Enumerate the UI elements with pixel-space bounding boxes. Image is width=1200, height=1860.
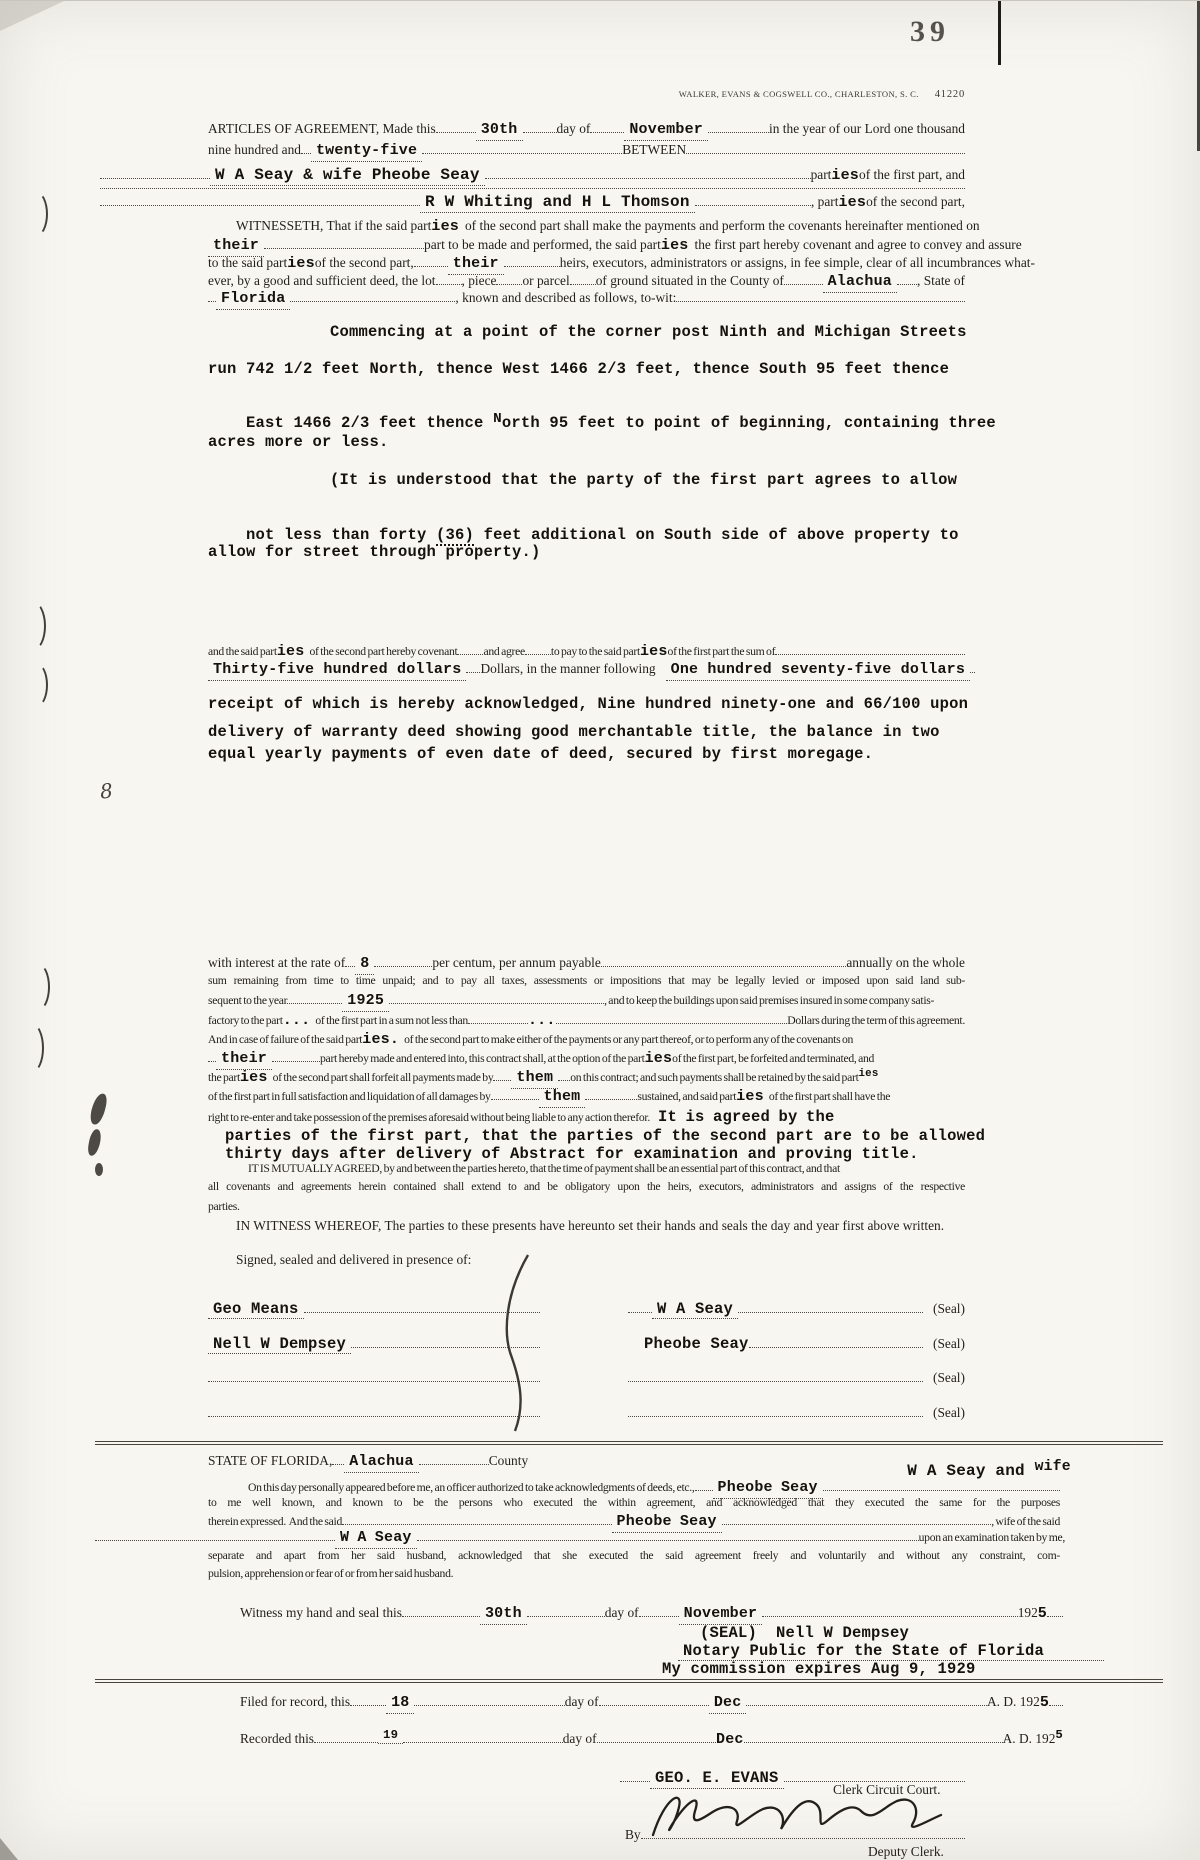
party-signature-1: W A Seay xyxy=(652,1300,738,1319)
recorded-day-fill: 19 xyxy=(378,1728,403,1744)
dotted-leader xyxy=(290,301,455,302)
dotted-leader xyxy=(374,966,432,967)
witness-signature-cell xyxy=(208,1416,540,1417)
dotted-leader xyxy=(342,1524,611,1525)
witness-signature-1: Geo Means xyxy=(208,1300,304,1319)
form-text: IN WITNESS WHEREOF, The parties to these… xyxy=(208,1218,944,1235)
form-text: factory to the part xyxy=(208,1014,283,1029)
recorded-month-fill: Dec xyxy=(716,1731,744,1750)
tax-year-fill: 1925 xyxy=(342,992,389,1012)
form-text: pulsion, apprehension or fear of or from… xyxy=(208,1567,453,1582)
dotted-leader xyxy=(345,966,355,967)
dotted-leader xyxy=(287,1003,342,1004)
notary-year-fill: 5 xyxy=(1038,1605,1047,1624)
dotted-leader xyxy=(301,153,311,154)
notary-county-fill: Alachua xyxy=(344,1453,418,1473)
notary-day-fill: 30th xyxy=(480,1605,527,1625)
party-signature-cell: (Seal) xyxy=(628,1370,965,1386)
dotted-leader xyxy=(738,1312,923,1313)
witnesseth-line-1: WITNESSETH, That if the said part ies of… xyxy=(208,218,965,237)
scan-artifact xyxy=(998,1,1001,65)
scan-artifact xyxy=(26,963,50,1011)
dotted-leader xyxy=(601,966,847,967)
dotted-leader xyxy=(493,1080,511,1081)
dotted-leader xyxy=(436,132,476,133)
form-text: the first part hereby covenant and agree… xyxy=(694,237,1021,254)
spacer xyxy=(650,1120,658,1121)
dotted-leader xyxy=(597,1742,716,1743)
dotted-leader xyxy=(762,1616,1017,1617)
dotted-leader xyxy=(558,1080,570,1081)
typed-their-fill: their xyxy=(448,255,504,275)
legal-description-line-4: acres more or less. xyxy=(208,433,389,451)
notary-title-line: Notary Public for the State of Florida xyxy=(678,1642,1104,1661)
recorded-year-fill: 5 xyxy=(1055,1728,1063,1743)
filed-for-record-line: Filed for record, this 18 day of Dec A. … xyxy=(240,1694,1063,1714)
typed-ies-fill: ies xyxy=(240,1069,268,1088)
payment-line-1: and the said part ies of the second part… xyxy=(208,643,965,662)
second-party-line: R W Whiting and H L Thomson , part ies o… xyxy=(100,192,965,213)
by-label: By xyxy=(625,1827,641,1844)
dotted-leader xyxy=(332,1464,344,1465)
spacer xyxy=(656,672,666,673)
dotted-leader xyxy=(414,1705,564,1706)
dotted-leader xyxy=(95,1540,335,1541)
form-text: right to re-enter and take possession of… xyxy=(208,1111,650,1126)
mutual-agreement-line-2: all covenants and agreements herein cont… xyxy=(208,1180,965,1195)
typed-ies-fill: ies xyxy=(661,237,689,256)
dotted-leader xyxy=(208,1381,540,1382)
form-text: the part xyxy=(208,1071,240,1086)
form-text: BETWEEN xyxy=(622,142,686,159)
form-text: , known and described as follows, to-wit… xyxy=(455,290,676,307)
signature-row-3: (Seal) xyxy=(208,1370,965,1386)
typed-ies-fill: ies xyxy=(277,643,305,662)
signature-row-2: Nell W Dempsey Pheobe Seay (Seal) xyxy=(208,1335,965,1354)
typed-text: W A Seay and xyxy=(907,1462,1034,1480)
payment-terms-line-1: receipt of which is hereby acknowledged,… xyxy=(208,695,968,713)
form-text: of the second part shall make the paymen… xyxy=(465,218,980,235)
margin-mark: 8 xyxy=(99,778,114,803)
form-text: of the second part shall forfeit all pay… xyxy=(273,1071,494,1086)
dotted-leader xyxy=(403,1742,562,1743)
dotted-leader xyxy=(264,248,424,249)
agreement-opening-line-2: nine hundred and twenty-five BETWEEN xyxy=(208,142,965,162)
party-signature-cell: Pheobe Seay (Seal) xyxy=(628,1335,965,1353)
form-text: of the first part, and xyxy=(859,167,965,184)
notary-month-fill: November xyxy=(679,1605,763,1625)
form-text: therein expressed. And the said xyxy=(208,1515,342,1530)
typed-their-fill: their xyxy=(216,1050,272,1070)
dotted-leader xyxy=(897,284,917,285)
dotted-leader xyxy=(676,301,965,302)
form-text: of the second part hereby covenant xyxy=(309,645,457,660)
dotted-leader xyxy=(314,1742,378,1743)
dotted-leader xyxy=(823,1490,1060,1491)
terms-line-7: the part ies of the second part shall fo… xyxy=(208,1069,965,1089)
mutual-agreement-line-1: IT IS MUTUALLY AGREED, by and between th… xyxy=(208,1162,965,1177)
agreement-opening-line-1: ARTICLES OF AGREEMENT, Made this 30th da… xyxy=(208,121,965,141)
form-text: to pay to the said part xyxy=(551,645,640,660)
typed-ies-fill: ies xyxy=(736,1088,764,1107)
agreement-year-words-fill: twenty-five xyxy=(311,142,422,162)
seal-label: (Seal) xyxy=(923,1301,965,1317)
dotted-leader xyxy=(468,1023,528,1024)
dotted-leader xyxy=(350,1705,386,1706)
witness-clause: IN WITNESS WHEREOF, The parties to these… xyxy=(208,1218,965,1235)
typed-ies-fill: ies xyxy=(831,167,859,186)
dotted-leader xyxy=(414,266,448,267)
scan-artifact xyxy=(20,1023,44,1073)
typed-ies-fill: ies xyxy=(645,1050,673,1069)
dotted-leader xyxy=(436,284,462,285)
mutual-agreement-line-3: parties. xyxy=(208,1200,965,1215)
party-signature-cell: W A Seay (Seal) xyxy=(628,1300,965,1319)
form-text: Deputy Clerk. xyxy=(868,1844,944,1860)
scan-artifact xyxy=(88,1092,108,1126)
form-text: per centum, per annum payable xyxy=(432,955,600,972)
typed-ies-fill: ies xyxy=(838,194,866,213)
notary-state-line: STATE OF FLORIDA, Alachua County xyxy=(208,1453,628,1473)
manner-of-payment-fill: One hundred seventy-five dollars xyxy=(666,661,970,681)
form-text: ever, by a good and sufficient deed, the… xyxy=(208,273,436,290)
second-party-names: R W Whiting and H L Thomson xyxy=(420,192,695,213)
seal-label: (Seal) xyxy=(923,1336,965,1352)
form-text: of ground situated in the County of xyxy=(596,273,784,290)
state-fill: Florida xyxy=(216,290,290,310)
typed-text-raised: N xyxy=(493,411,502,427)
form-text: to the said part xyxy=(208,255,287,272)
notary-line-4: W A Seay upon an examination taken by me… xyxy=(95,1529,1065,1549)
interest-rate-fill: 8 xyxy=(355,955,374,975)
form-text: Dollars during the term of this agreemen… xyxy=(787,1014,965,1029)
dotted-leader xyxy=(457,654,483,655)
dotted-leader xyxy=(402,1616,480,1617)
agreement-insert-line-2: parties of the first part, that the part… xyxy=(225,1127,985,1145)
form-text: with interest at the rate of xyxy=(208,955,345,972)
form-text: 192 xyxy=(1018,1605,1038,1622)
dotted-leader xyxy=(419,1464,489,1465)
witnesseth-line-5: Florida , known and described as follows… xyxy=(208,290,965,310)
form-text: part to be made and performed, the said … xyxy=(424,237,661,254)
form-text: part hereby made and entered into, this … xyxy=(320,1052,645,1067)
form-text: On this day personally appeared before m… xyxy=(208,1481,695,1496)
form-text: and agree xyxy=(483,645,524,660)
form-text: sequent to the year xyxy=(208,994,287,1009)
dotted-leader xyxy=(686,153,965,154)
form-text: of the second part to make either of the… xyxy=(404,1033,853,1048)
street-allowance-line-1: (It is understood that the party of the … xyxy=(330,471,957,489)
dotted-leader xyxy=(417,1540,919,1541)
dotted-leader xyxy=(695,205,811,206)
signature-row-4: (Seal) xyxy=(208,1405,965,1421)
dotted-leader xyxy=(466,672,480,673)
dotted-leader xyxy=(485,178,811,179)
party-signature-cell: (Seal) xyxy=(628,1405,965,1421)
notary-commission-line: My commission expires Aug 9, 1929 xyxy=(662,1660,976,1678)
street-allowance-line-3: allow for street through property.) xyxy=(208,543,541,561)
form-text: WITNESSETH, That if the said part xyxy=(208,218,431,235)
notary-seal-line: (SEAL) Nell W Dempsey xyxy=(700,1624,909,1642)
dotted-leader xyxy=(775,654,965,655)
dotted-leader xyxy=(1047,1616,1063,1617)
typed-ies-fill: ies xyxy=(859,1068,879,1081)
dotted-leader xyxy=(722,1524,991,1525)
typed-text: orth 95 feet to point of beginning, cont… xyxy=(502,414,996,432)
form-text: parties. xyxy=(208,1200,240,1215)
deputy-clerk-title: Deputy Clerk. xyxy=(868,1844,988,1860)
dotted-leader xyxy=(628,1312,652,1313)
terms-line-1: with interest at the rate of 8 per centu… xyxy=(208,955,965,975)
scan-artifact xyxy=(26,663,48,707)
section-divider-rule xyxy=(95,1679,1163,1683)
form-text: , and to keep the buildings upon said pr… xyxy=(604,994,934,1009)
scan-artifact xyxy=(95,1163,103,1176)
terms-line-6: their part hereby made and entered into,… xyxy=(208,1050,965,1070)
form-text: , piece xyxy=(462,273,497,290)
witnesseth-line-2: their part to be made and performed, the… xyxy=(208,237,965,257)
scan-artifact xyxy=(24,191,48,237)
form-text: annually on the whole xyxy=(846,955,965,972)
dotted-leader xyxy=(389,1003,604,1004)
dotted-leader xyxy=(527,1616,605,1617)
form-text: upon an examination taken by me, xyxy=(919,1531,1065,1546)
notary-state-label: STATE OF FLORIDA, xyxy=(208,1453,332,1470)
form-text: heirs, executors, administrators or assi… xyxy=(560,255,1035,272)
dotted-leader xyxy=(1049,1705,1063,1706)
typed-dots: ... xyxy=(283,1012,311,1031)
dotted-leader xyxy=(208,1416,540,1417)
dotted-leader xyxy=(422,153,622,154)
filed-year-fill: 5 xyxy=(1040,1694,1049,1713)
first-party-names: W A Seay & wife Pheobe Seay xyxy=(210,165,485,186)
form-text: nine hundred and xyxy=(208,142,301,159)
page-number: 39 xyxy=(910,15,950,49)
form-text: of the first part shall have the xyxy=(769,1090,890,1105)
printer-mark: WALKER, EVANS & COGSWELL CO., CHARLESTON… xyxy=(679,89,919,99)
form-text: , part xyxy=(811,194,839,211)
agreement-insert-line-1: It is agreed by the xyxy=(658,1108,835,1127)
witness-signature-cell xyxy=(208,1381,540,1382)
form-text: Witness my hand and seal this xyxy=(240,1605,402,1622)
agreement-month-fill: November xyxy=(624,121,708,141)
dotted-leader xyxy=(746,1705,987,1706)
legal-description-line-1: Commencing at a point of the corner post… xyxy=(330,323,967,341)
terms-line-5: And in case of failure of the said part … xyxy=(208,1031,965,1050)
typed-text: feet additional on South side of above p… xyxy=(474,526,959,544)
printer-number: 41220 xyxy=(935,89,965,100)
payment-terms-line-2: delivery of warranty deed showing good m… xyxy=(208,723,940,741)
form-text: day of xyxy=(563,1731,597,1748)
notary-line-2: to me well known, and known to be the pe… xyxy=(208,1496,1060,1511)
dotted-leader xyxy=(628,1381,923,1382)
form-text: day of xyxy=(565,1694,599,1711)
filed-month-fill: Dec xyxy=(709,1694,747,1714)
form-text: or parcel xyxy=(522,273,569,290)
dotted-leader xyxy=(970,672,975,673)
dotted-leader xyxy=(620,1781,650,1782)
dotted-leader xyxy=(628,1416,923,1417)
dotted-leader xyxy=(496,284,522,285)
dotted-leader xyxy=(708,132,769,133)
seal-label: (Seal) xyxy=(923,1370,965,1386)
typed-text: not less than forty xyxy=(246,526,436,544)
terms-line-4: factory to the part ... of the first par… xyxy=(208,1012,965,1031)
typed-ies-fill: ies xyxy=(431,218,459,237)
dotted-leader xyxy=(351,1347,540,1348)
scan-artifact xyxy=(87,1128,103,1157)
dotted-leader xyxy=(556,1023,788,1024)
witness-signature-2: Nell W Dempsey xyxy=(208,1335,351,1354)
form-text: and the said part xyxy=(208,645,277,660)
payment-terms-line-3: equal yearly payments of even date of de… xyxy=(208,745,873,763)
form-text: in the year of our Lord one thousand xyxy=(769,121,965,138)
dotted-leader xyxy=(639,1616,679,1617)
form-text: And in case of failure of the said part xyxy=(208,1033,362,1048)
typed-them-fill: them xyxy=(511,1069,558,1089)
dotted-leader xyxy=(570,284,596,285)
deputy-signature-scrawl xyxy=(645,1787,955,1847)
dotted-leader xyxy=(491,1099,539,1100)
dotted-leader xyxy=(272,1061,320,1062)
form-text: sustained, and said part xyxy=(637,1090,736,1105)
blank-rule xyxy=(100,188,965,189)
signed-sealed-heading: Signed, sealed and delivered in presence… xyxy=(208,1252,965,1269)
recorded-line: Recorded this 19 day of Dec A. D. 192 5 xyxy=(240,1731,1063,1750)
scan-artifact xyxy=(0,1838,18,1860)
witnesseth-line-3: to the said part ies of the second part,… xyxy=(208,255,965,275)
form-text: day of xyxy=(605,1605,639,1622)
form-text: of the second part, xyxy=(866,194,965,211)
torn-corner-artifact xyxy=(0,1,64,31)
form-text: of the first part in full satisfaction a… xyxy=(208,1090,491,1105)
witness-signature-cell: Geo Means xyxy=(208,1300,540,1319)
typed-ies-fill: ies. xyxy=(362,1031,399,1050)
dotted-leader xyxy=(100,205,420,206)
payment-line-2: Thirty-five hundred dollars Dollars, in … xyxy=(208,661,965,681)
form-text: day of xyxy=(557,121,591,138)
form-text: Recorded this xyxy=(240,1731,314,1748)
form-text: of the first part in a sum not less than xyxy=(315,1014,468,1029)
dotted-leader xyxy=(208,301,216,302)
party-signature-2: Pheobe Seay xyxy=(644,1335,749,1353)
form-text: , wife of the said xyxy=(991,1515,1060,1530)
form-text: of the first part, be forfeited and term… xyxy=(672,1052,874,1067)
seal-label: (Seal) xyxy=(923,1405,965,1421)
husband-name-fill: W A Seay xyxy=(335,1529,417,1549)
form-text: Filed for record, this xyxy=(240,1694,350,1711)
dotted-leader xyxy=(100,178,210,179)
form-text: IT IS MUTUALLY AGREED, by and between th… xyxy=(208,1162,840,1177)
notary-line-6: pulsion, apprehension or fear of or from… xyxy=(208,1567,1060,1582)
dotted-leader xyxy=(749,1347,923,1348)
form-text: of the first part the sum of xyxy=(668,645,776,660)
typed-dots: ... xyxy=(528,1012,556,1031)
typed-ies-fill: ies xyxy=(287,255,315,274)
agreement-insert-line-3: thirty days after delivery of Abstract f… xyxy=(225,1145,919,1163)
form-text: part xyxy=(811,167,832,184)
form-text: of the second part, xyxy=(315,255,414,272)
signature-row-1: Geo Means W A Seay (Seal) xyxy=(208,1300,965,1319)
dotted-leader xyxy=(525,654,551,655)
dotted-leader xyxy=(784,284,823,285)
dotted-leader xyxy=(695,1490,713,1491)
form-text: Signed, sealed and delivered in presence… xyxy=(208,1252,471,1269)
form-text: , State of xyxy=(917,273,965,290)
form-text: on this contract; and such payments shal… xyxy=(570,1071,858,1086)
typed-text-raised: wife xyxy=(1035,1459,1071,1475)
spacer xyxy=(628,1347,644,1348)
form-text: Dollars, in the manner following xyxy=(480,661,655,678)
dotted-leader xyxy=(304,1312,540,1313)
dotted-leader xyxy=(744,1742,1003,1743)
dotted-leader xyxy=(585,1099,637,1100)
first-party-line: W A Seay & wife Pheobe Seay part ies of … xyxy=(100,165,965,186)
typed-them-fill: them xyxy=(539,1088,586,1108)
typed-ies-fill: ies xyxy=(640,643,668,662)
witness-signature-cell: Nell W Dempsey xyxy=(208,1335,540,1354)
dotted-leader xyxy=(590,132,624,133)
scan-artifact xyxy=(20,601,46,651)
dotted-leader xyxy=(208,1061,216,1062)
form-text: A. D. 192 xyxy=(1003,1731,1056,1748)
typed-text: East 1466 2/3 feet thence xyxy=(246,414,493,432)
form-text: A. D. 192 xyxy=(987,1694,1040,1711)
agreement-day-fill: 30th xyxy=(476,121,523,141)
typed-their-fill: their xyxy=(208,237,264,257)
terms-line-9: right to re-enter and take possession of… xyxy=(208,1108,965,1127)
printer-imprint: WALKER, EVANS & COGSWELL CO., CHARLESTON… xyxy=(400,89,965,100)
legal-description-line-2: run 742 1/2 feet North, thence West 1466… xyxy=(208,360,949,378)
scanned-deed-page: 8 39 WALKER, EVANS & COGSWELL CO., CHARL… xyxy=(0,0,1200,1860)
terms-line-2: sum remaining from time to time unpaid; … xyxy=(208,974,965,989)
filed-day-fill: 18 xyxy=(386,1694,414,1714)
dotted-leader xyxy=(599,1705,709,1706)
dotted-leader xyxy=(523,132,557,133)
form-text: County xyxy=(489,1453,528,1470)
notary-line-5: separate and apart from her said husband… xyxy=(208,1549,1060,1564)
form-text: ARTICLES OF AGREEMENT, Made this xyxy=(208,121,436,138)
sum-in-words-fill: Thirty-five hundred dollars xyxy=(208,661,466,681)
terms-line-8: of the first part in full satisfaction a… xyxy=(208,1088,965,1108)
notary-witness-line: Witness my hand and seal this 30th day o… xyxy=(240,1605,1063,1625)
terms-line-3: sequent to the year 1925 , and to keep t… xyxy=(208,992,965,1012)
dotted-leader xyxy=(504,266,560,267)
